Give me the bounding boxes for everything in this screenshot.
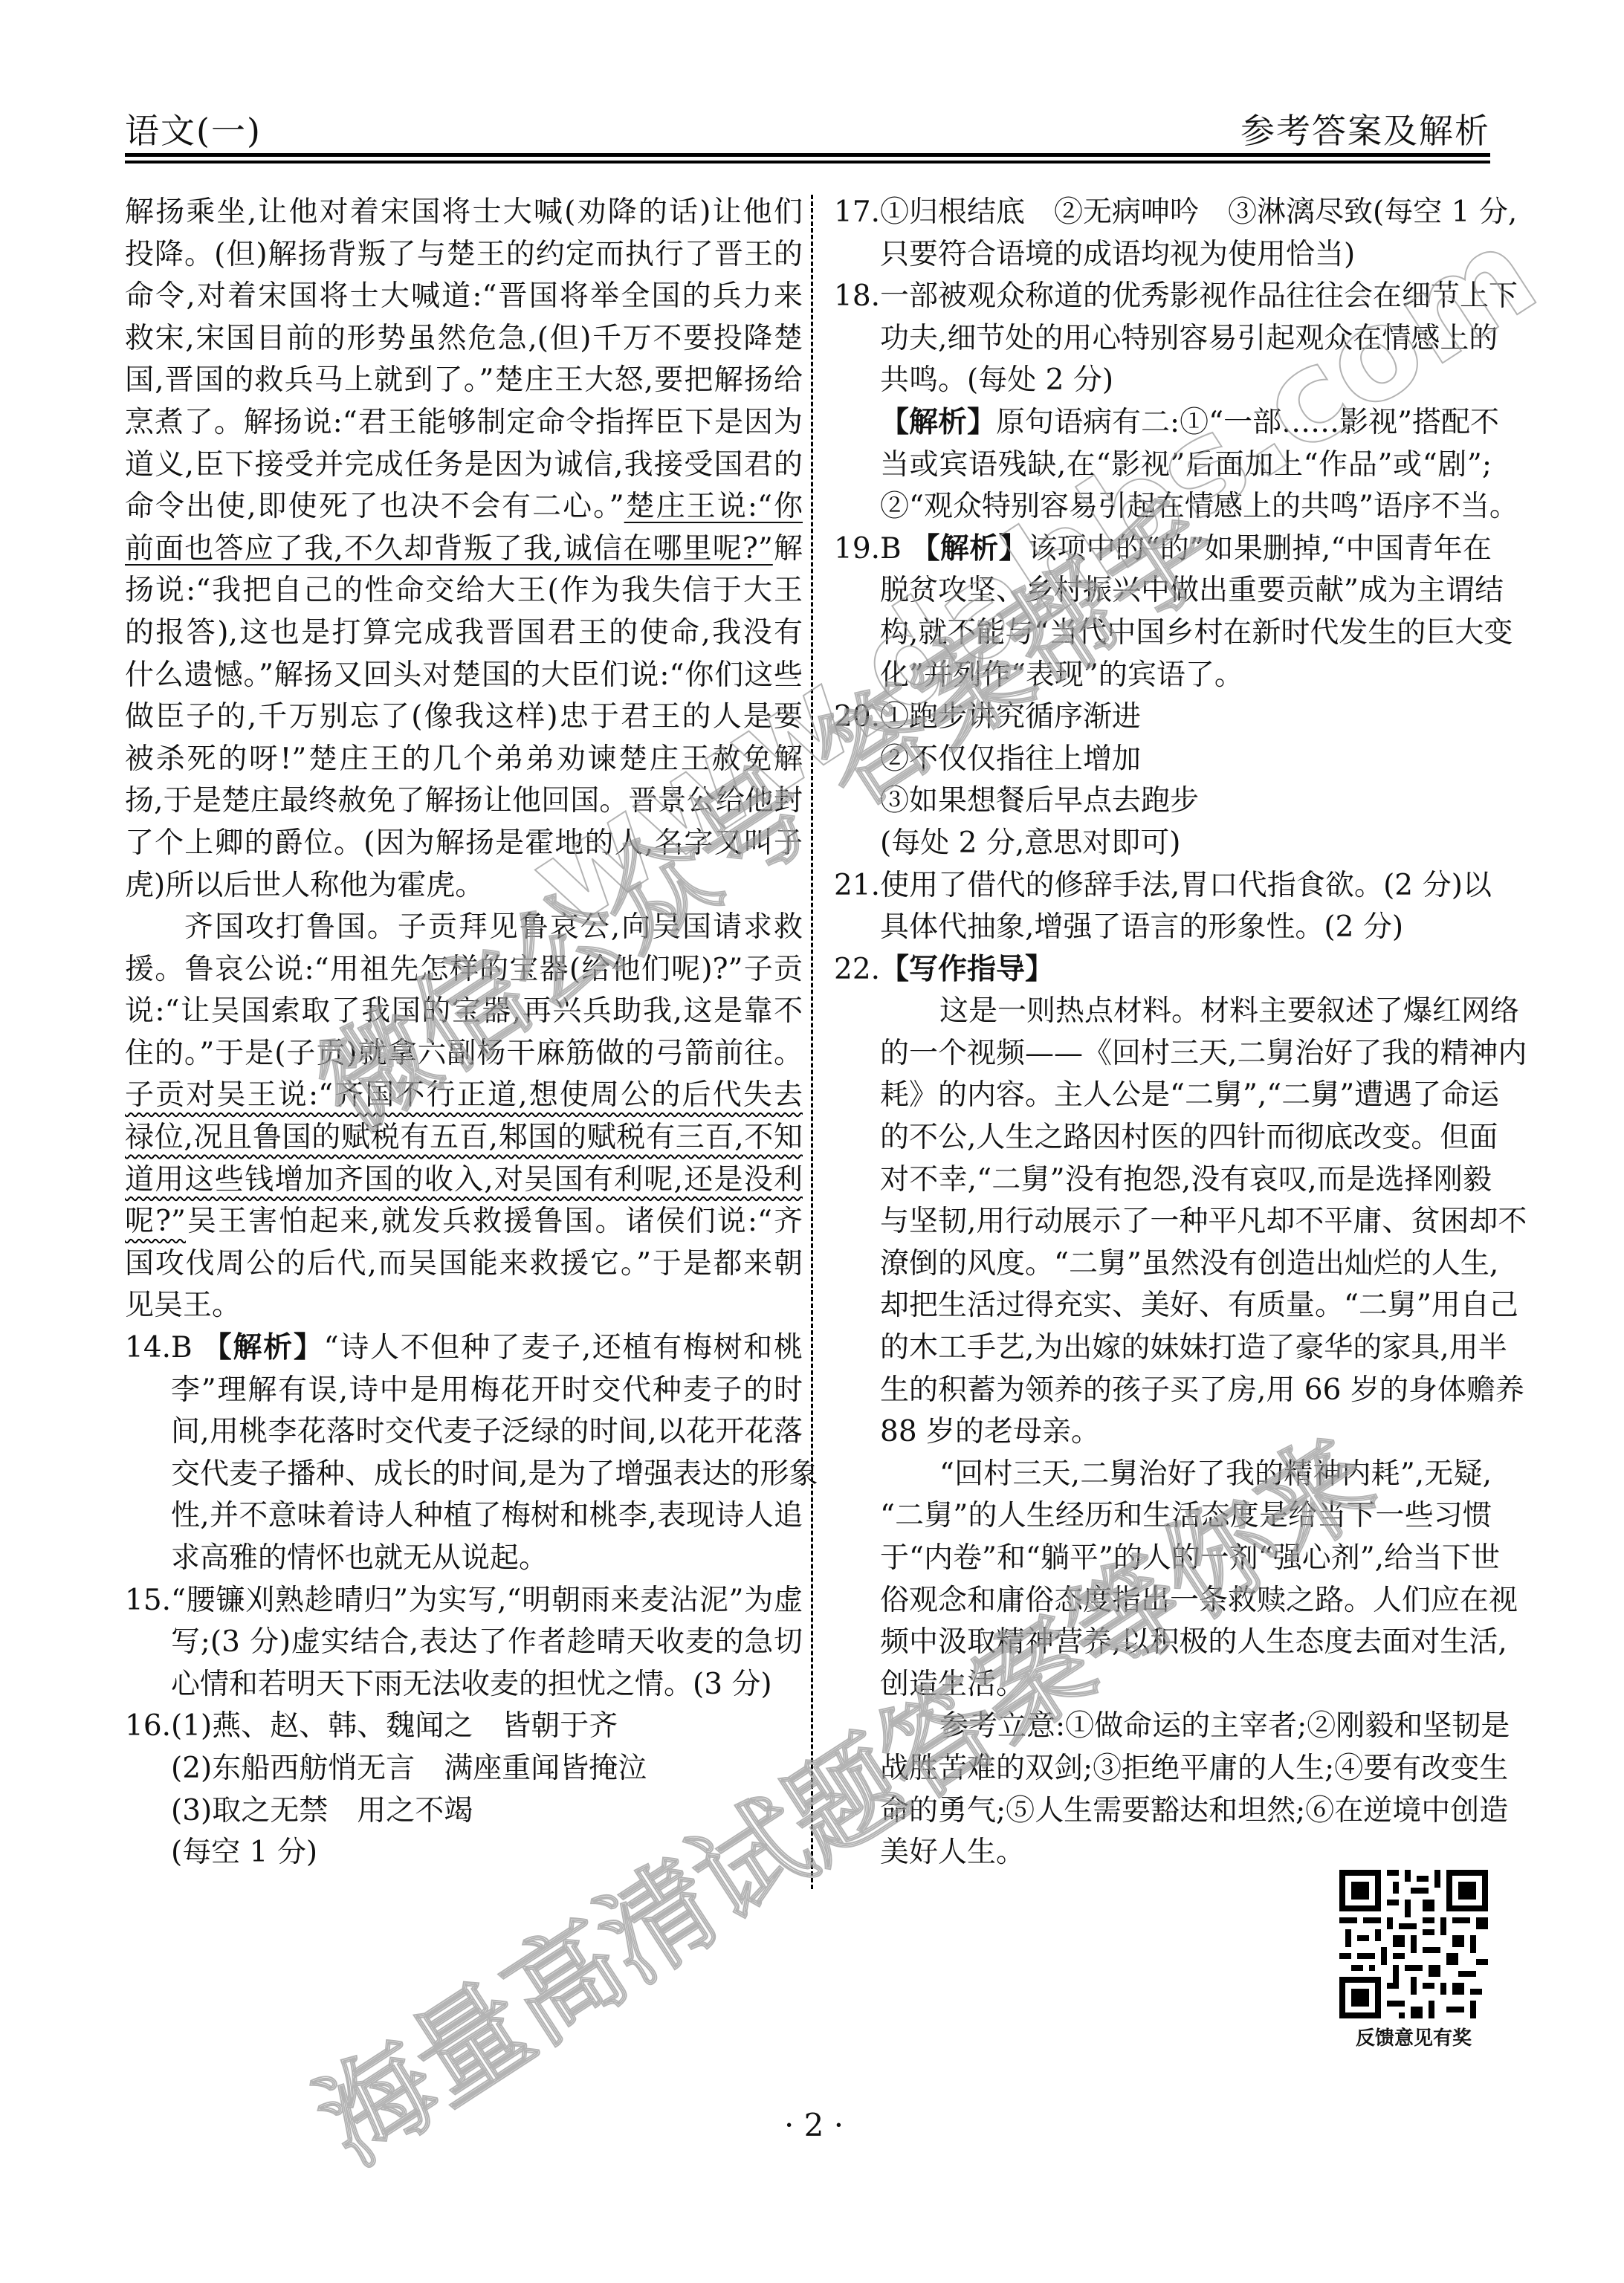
- text-line: 援。鲁哀公说:“用祖先怎样的宝器(给他们呢)?”子贡: [125, 949, 803, 991]
- text-line: (3)取之无禁 用之不竭: [125, 1790, 803, 1833]
- text-line: 俗观念和庸俗态度指出一条救赎之路。人们应在视: [834, 1580, 1492, 1622]
- text-line: 子贡对吴王说:“齐国不行正道,想使周公的后代失去: [125, 1075, 803, 1117]
- text-plain: 一部被观众称道的优秀影视作品往往会在细节上下: [880, 279, 1518, 313]
- right-column: 17.①归根结底 ②无病呻吟 ③淋漓尽致(每空 1 分, 只要符合语境的成语均视…: [834, 192, 1492, 1874]
- text-plain: ①跑步讲究循序渐进: [880, 700, 1141, 734]
- question-number: 16.: [125, 1709, 171, 1743]
- text-line: 道义,臣下接受并完成任务是因为诚信,我接受国君的: [125, 444, 803, 487]
- question-16: 16.(1)燕、赵、韩、魏闻之 皆朝于齐: [125, 1706, 803, 1748]
- text-line: 什么遗憾。”解扬又回头对楚国的大臣们说:“你们这些: [125, 655, 803, 697]
- page-number: · 2 ·: [773, 2107, 855, 2143]
- text-plain: “诗人不但种了麦子,还植有梅树和桃: [324, 1331, 803, 1364]
- header-subject-title: 语文(一): [125, 104, 262, 153]
- text-line: 做臣子的,千万别忘了(像我这样)忠于君王的人是要: [125, 696, 803, 739]
- question-17: 17.①归根结底 ②无病呻吟 ③淋漓尽致(每空 1 分,: [834, 192, 1492, 234]
- left-column: 解扬乘坐,让他对着宋国将士大喊(劝降的话)让他们 投降。(但)解扬背叛了与楚王的…: [125, 192, 803, 1874]
- text-line: ②“观众特别容易引起在情感上的共鸣”语序不当。: [834, 486, 1492, 528]
- text-line: (2)东船西舫悄无言 满座重闻皆掩泣: [125, 1748, 803, 1790]
- text-line: 88 岁的老母亲。: [834, 1411, 1492, 1454]
- text-line: 的不公,人生之路因村医的四针而彻底改变。但面: [834, 1117, 1492, 1159]
- question-number: 20.: [834, 700, 880, 734]
- text-plain: 原句语病有二:①“一部……影视”搭配不: [996, 406, 1499, 439]
- paragraph-start: “回村三天,二舅治好了我的精神内耗”,无疑,: [834, 1454, 1492, 1496]
- text-plain: 该项中的“的”如果删掉,“中国青年在: [1028, 532, 1492, 566]
- question-19: 19.B 【解析】该项中的“的”如果删掉,“中国青年在: [834, 528, 1492, 571]
- text-line: 命令出使,即使死了也决不会有二心。”楚庄王说:“你: [125, 486, 803, 528]
- analysis-tag: 【解析】: [910, 532, 1027, 566]
- text-line: ③如果想餐后早点去跑步: [834, 780, 1492, 823]
- text-line: 性,并不意味着诗人种植了梅树和桃李,表现诗人追: [125, 1495, 803, 1538]
- question-18: 18.一部被观众称道的优秀影视作品往往会在细节上下: [834, 276, 1492, 318]
- answer-choice: B: [171, 1331, 193, 1364]
- text-line: 道用这些钱增加齐国的收入,对吴国有利呢,还是没利: [125, 1159, 803, 1202]
- text-line: 交代麦子播种、成长的时间,是为了增强表达的形象: [125, 1454, 803, 1496]
- underlined-sentence: 楚庄王说:“你: [624, 490, 803, 523]
- text-line: 生的积蓄为领养的孩子买了房,用 66 岁的身体赡养: [834, 1370, 1492, 1412]
- text-line: 的报答),这也是打算完成我晋国君王的使命,我没有: [125, 612, 803, 655]
- analysis-tag: 【解析】: [880, 406, 996, 439]
- wavy-underlined-sentence: 禄位,况且鲁国的赋税有五百,邾国的赋税有三百,不知: [125, 1121, 803, 1154]
- column-divider: [811, 195, 813, 1889]
- writing-guide-tag: 【写作指导】: [880, 953, 1054, 986]
- text-line: 对不幸,“二舅”没有抱怨,没有哀叹,而是选择刚毅: [834, 1159, 1492, 1202]
- text-line: 命的勇气;⑤人生需要豁达和坦然;⑥在逆境中创造: [834, 1790, 1492, 1833]
- qr-code-icon[interactable]: [1339, 1870, 1488, 2018]
- text-line: 心情和若明天下雨无法收麦的担忧之情。(3 分): [125, 1664, 803, 1706]
- header-rule-thick: [125, 153, 1490, 157]
- text-line: 住的。”于是(子贡)就拿六副杨干麻筋做的弓箭前往。: [125, 1033, 803, 1075]
- question-number: 17.: [834, 195, 880, 229]
- question-number: 21.: [834, 869, 880, 902]
- question-20: 20.①跑步讲究循序渐进: [834, 696, 1492, 739]
- text-plain: “腰镰刈熟趁晴归”为实写,“明朝雨来麦沾泥”为虚: [171, 1584, 803, 1617]
- text-line: 间,用桃李花落时交代麦子泛绿的时间,以花开花落: [125, 1411, 803, 1454]
- text-line: 说:“让吴国索取了我国的宝器,再兴兵助我,这是靠不: [125, 991, 803, 1033]
- text-line: 扬说:“我把自己的性命交给大王(作为我失信于大王: [125, 570, 803, 612]
- text-line: 共鸣。(每处 2 分): [834, 360, 1492, 402]
- text-line: ②不仅仅指往上增加: [834, 739, 1492, 781]
- answer-choice: B: [880, 532, 902, 566]
- text-line: (每处 2 分,意思对即可): [834, 823, 1492, 865]
- header-rule-thin: [125, 161, 1490, 163]
- text-line: 命令,对着宋国将士大喊道:“晋国将举全国的兵力来: [125, 276, 803, 318]
- text-line: 了个上卿的爵位。(因为解扬是霍地的人,名字又叫子: [125, 823, 803, 865]
- question-14: 14.B 【解析】“诗人不但种了麦子,还植有梅树和桃: [125, 1327, 803, 1370]
- wavy-underlined-sentence: 子贡对吴王说:“齐国不行正道,想使周公的后代失去: [125, 1078, 803, 1112]
- qr-feedback-label: 反馈意见有奖: [1330, 2023, 1497, 2050]
- text-line: 虎)所以后世人称他为霍虎。: [125, 865, 803, 907]
- text-plain: (1)燕、赵、韩、魏闻之 皆朝于齐: [171, 1709, 618, 1743]
- text-line: 扬,于是楚庄最终赦免了解扬让他回国。晋景公给他封: [125, 780, 803, 823]
- text-line: 于“内卷”和“躺平”的人的一剂“强心剂”,给当下世: [834, 1538, 1492, 1580]
- text-line: 呢?”吴王害怕起来,就发兵救援鲁国。诸侯们说:“齐: [125, 1201, 803, 1243]
- text-plain: 吴王害怕起来,就发兵救援鲁国。诸侯们说:“齐: [186, 1205, 803, 1238]
- question-number: 15.: [125, 1584, 171, 1617]
- text-line: 构,就不能与“当代中国乡村在新时代发生的巨大变: [834, 612, 1492, 655]
- wavy-underlined-sentence: 道用这些钱增加齐国的收入,对吴国有利呢,还是没利: [125, 1163, 803, 1196]
- text-line: 耗》的内容。主人公是“二舅”,“二舅”遭遇了命运: [834, 1075, 1492, 1117]
- text-line: 只要符合语境的成语均视为使用恰当): [834, 234, 1492, 276]
- text-line: 化”并列作“表现”的宾语了。: [834, 655, 1492, 697]
- text-plain: 使用了借代的修辞手法,胃口代指食欲。(2 分)以: [880, 869, 1492, 902]
- text-line: 创造生活。: [834, 1664, 1492, 1706]
- text-line: 前面也答应了我,不久却背叛了我,诚信在哪里呢?”解: [125, 528, 803, 571]
- question-15: 15.“腰镰刈熟趁晴归”为实写,“明朝雨来麦沾泥”为虚: [125, 1580, 803, 1622]
- text-line: 救宋,宋国目前的形势虽然危急,(但)千万不要投降楚: [125, 318, 803, 360]
- text-line: 国攻伐周公的后代,而吴国能来救援它。”于是都来朝: [125, 1243, 803, 1286]
- text-line: 当或宾语残缺,在“影视”后面加上“作品”或“剧”;: [834, 444, 1492, 487]
- text-plain: 解: [773, 532, 803, 566]
- text-line: 功夫,细节处的用心特别容易引起观众在情感上的: [834, 318, 1492, 360]
- question-number: 14.: [125, 1331, 171, 1364]
- question-number: 22.: [834, 953, 880, 986]
- text-line: (每空 1 分): [125, 1832, 803, 1874]
- underlined-sentence: 前面也答应了我,不久却背叛了我,诚信在哪里呢?”: [125, 532, 773, 566]
- text-line: 战胜苦难的双剑;③拒绝平庸的人生;④要有改变生: [834, 1748, 1492, 1790]
- text-line: 具体代抽象,增强了语言的形象性。(2 分): [834, 907, 1492, 949]
- text-line: 被杀死的呀!”楚庄王的几个弟弟劝谏楚庄王赦免解: [125, 739, 803, 781]
- question-number: 18.: [834, 279, 880, 313]
- text-line: 禄位,况且鲁国的赋税有五百,邾国的赋税有三百,不知: [125, 1117, 803, 1159]
- wavy-underlined-sentence: 呢?”: [125, 1205, 186, 1238]
- text-line: 国,晋国的救兵马上就到了。”楚庄王大怒,要把解扬给: [125, 360, 803, 402]
- text-line: 却把生活过得充实、美好、有质量。“二舅”用自己: [834, 1285, 1492, 1327]
- text-line: 与坚韧,用行动展示了一种平凡却不平庸、贫困却不: [834, 1201, 1492, 1243]
- text-line: 潦倒的风度。“二舅”虽然没有创造出灿烂的人生,: [834, 1243, 1492, 1286]
- text-line: 脱贫攻坚、乡村振兴中做出重要贡献”成为主谓结: [834, 570, 1492, 612]
- text-line: 的木工手艺,为出嫁的妹妹打造了豪华的家具,用半: [834, 1327, 1492, 1370]
- question-number: 19.: [834, 532, 880, 566]
- analysis-tag: 【解析】: [203, 1331, 324, 1364]
- text-line: “二舅”的人生经历和生活态度是给当下一些习惯: [834, 1495, 1492, 1538]
- text-line: 求高雅的情怀也就无从说起。: [125, 1538, 803, 1580]
- text-line: 李”理解有误,诗中是用梅花开时交代种麦子的时: [125, 1370, 803, 1412]
- text-line: 烹煮了。解扬说:“君王能够制定命令指挥臣下是因为: [125, 402, 803, 444]
- paragraph-start: 参考立意:①做命运的主宰者;②刚毅和坚韧是: [834, 1706, 1492, 1748]
- question-22: 22.【写作指导】: [834, 949, 1492, 991]
- text-line: 见吴王。: [125, 1285, 803, 1327]
- text-plain: ①归根结底 ②无病呻吟 ③淋漓尽致(每空 1 分,: [880, 195, 1517, 229]
- text-line: 【解析】原句语病有二:①“一部……影视”搭配不: [834, 402, 1492, 444]
- text-line: 频中汲取精神营养,以积极的人生态度去面对生活,: [834, 1622, 1492, 1664]
- text-line: 解扬乘坐,让他对着宋国将士大喊(劝降的话)让他们: [125, 192, 803, 234]
- question-21: 21.使用了借代的修辞手法,胃口代指食欲。(2 分)以: [834, 865, 1492, 907]
- text-line: 的一个视频——《回村三天,二舅治好了我的精神内: [834, 1033, 1492, 1075]
- text-line: 写;(3 分)虚实结合,表达了作者趁晴天收麦的急切: [125, 1622, 803, 1664]
- paragraph-start: 这是一则热点材料。材料主要叙述了爆红网络: [834, 991, 1492, 1033]
- paragraph-start: 齐国攻打鲁国。子贡拜见鲁哀公,向吴国请求救: [125, 907, 803, 949]
- text-plain: 命令出使,即使死了也决不会有二心。”: [125, 490, 624, 523]
- header-section-title: 参考答案及解析: [1240, 104, 1490, 153]
- text-line: 美好人生。: [834, 1832, 1492, 1874]
- text-line: 投降。(但)解扬背叛了与楚王的约定而执行了晋王的: [125, 234, 803, 276]
